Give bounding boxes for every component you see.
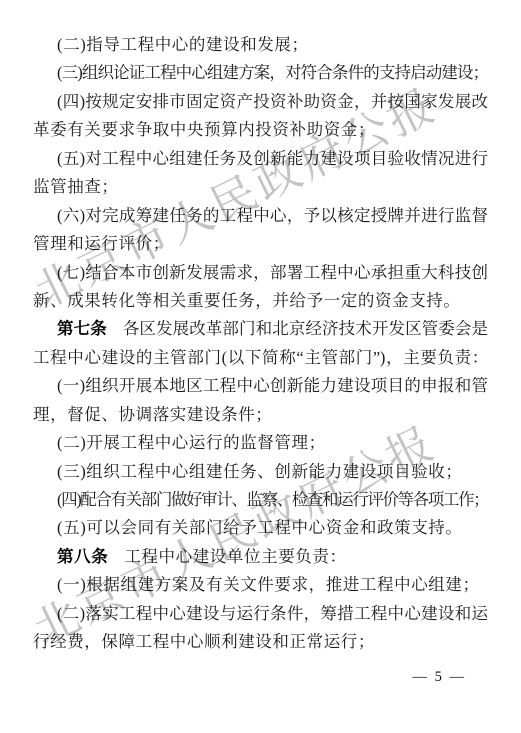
text-line: (五)可以会同有关部门给予工程中心资金和政策支持。: [33, 514, 488, 542]
clause-heading: 第八条: [57, 547, 108, 566]
text-line: (二)开展工程中心运行的监督管理；: [33, 429, 488, 457]
text-line: 监管抽查；: [33, 173, 488, 201]
clause-heading: 第七条: [57, 319, 107, 338]
document-body: (二)指导工程中心的建设和发展；(三)组织论证工程中心组建方案，对符合条件的支持…: [33, 31, 488, 657]
document-page: 北京市人民政府公报 北京市人民政府公报 (二)指导工程中心的建设和发展；(三)组…: [0, 0, 521, 733]
text-line: 第七条各区发展改革部门和北京经济技术开发区管委会是: [33, 315, 488, 343]
text-line: 行经费，保障工程中心顺利建设和正常运行；: [33, 628, 488, 656]
text-line: 新、成果转化等相关重要任务，并给予一定的资金支持。: [33, 287, 488, 315]
text-line-content: 工程中心建设单位主要负责：: [124, 547, 346, 566]
text-line: (五)对工程中心组建任务及创新能力建设项目验收情况进行: [33, 145, 488, 173]
text-line: 工程中心建设的主管部门(以下简称“主管部门”)，主要负责：: [33, 344, 488, 372]
page-number: — 5 —: [413, 667, 467, 687]
text-line: (七)结合本市创新发展需求，部署工程中心承担重大科技创: [33, 259, 488, 287]
text-line: (二)指导工程中心的建设和发展；: [33, 31, 488, 59]
text-line: (四)配合有关部门做好审计、监察、检查和运行评价等各项工作；: [33, 486, 488, 514]
text-line: 管理和运行评价；: [33, 230, 488, 258]
text-line: 革委有关要求争取中央预算内投资补助资金；: [33, 116, 488, 144]
text-line: (二)落实工程中心建设与运行条件，筹措工程中心建设和运: [33, 600, 488, 628]
text-line: (六)对完成筹建任务的工程中心，予以核定授牌并进行监督: [33, 202, 488, 230]
text-line: (三)组织工程中心组建任务、创新能力建设项目验收；: [33, 458, 488, 486]
text-line: (一)组织开展本地区工程中心创新能力建设项目的申报和管: [33, 372, 488, 400]
text-line: (一)根据组建方案及有关文件要求，推进工程中心组建；: [33, 571, 488, 599]
text-line-content: 各区发展改革部门和北京经济技术开发区管委会是: [123, 319, 488, 338]
text-line: (四)按规定安排市固定资产投资补助资金，并按国家发展改: [33, 88, 488, 116]
text-line: 第八条工程中心建设单位主要负责：: [33, 543, 488, 571]
text-line: (三)组织论证工程中心组建方案，对符合条件的支持启动建设；: [33, 59, 488, 87]
text-line: 理，督促、协调落实建设条件；: [33, 401, 488, 429]
